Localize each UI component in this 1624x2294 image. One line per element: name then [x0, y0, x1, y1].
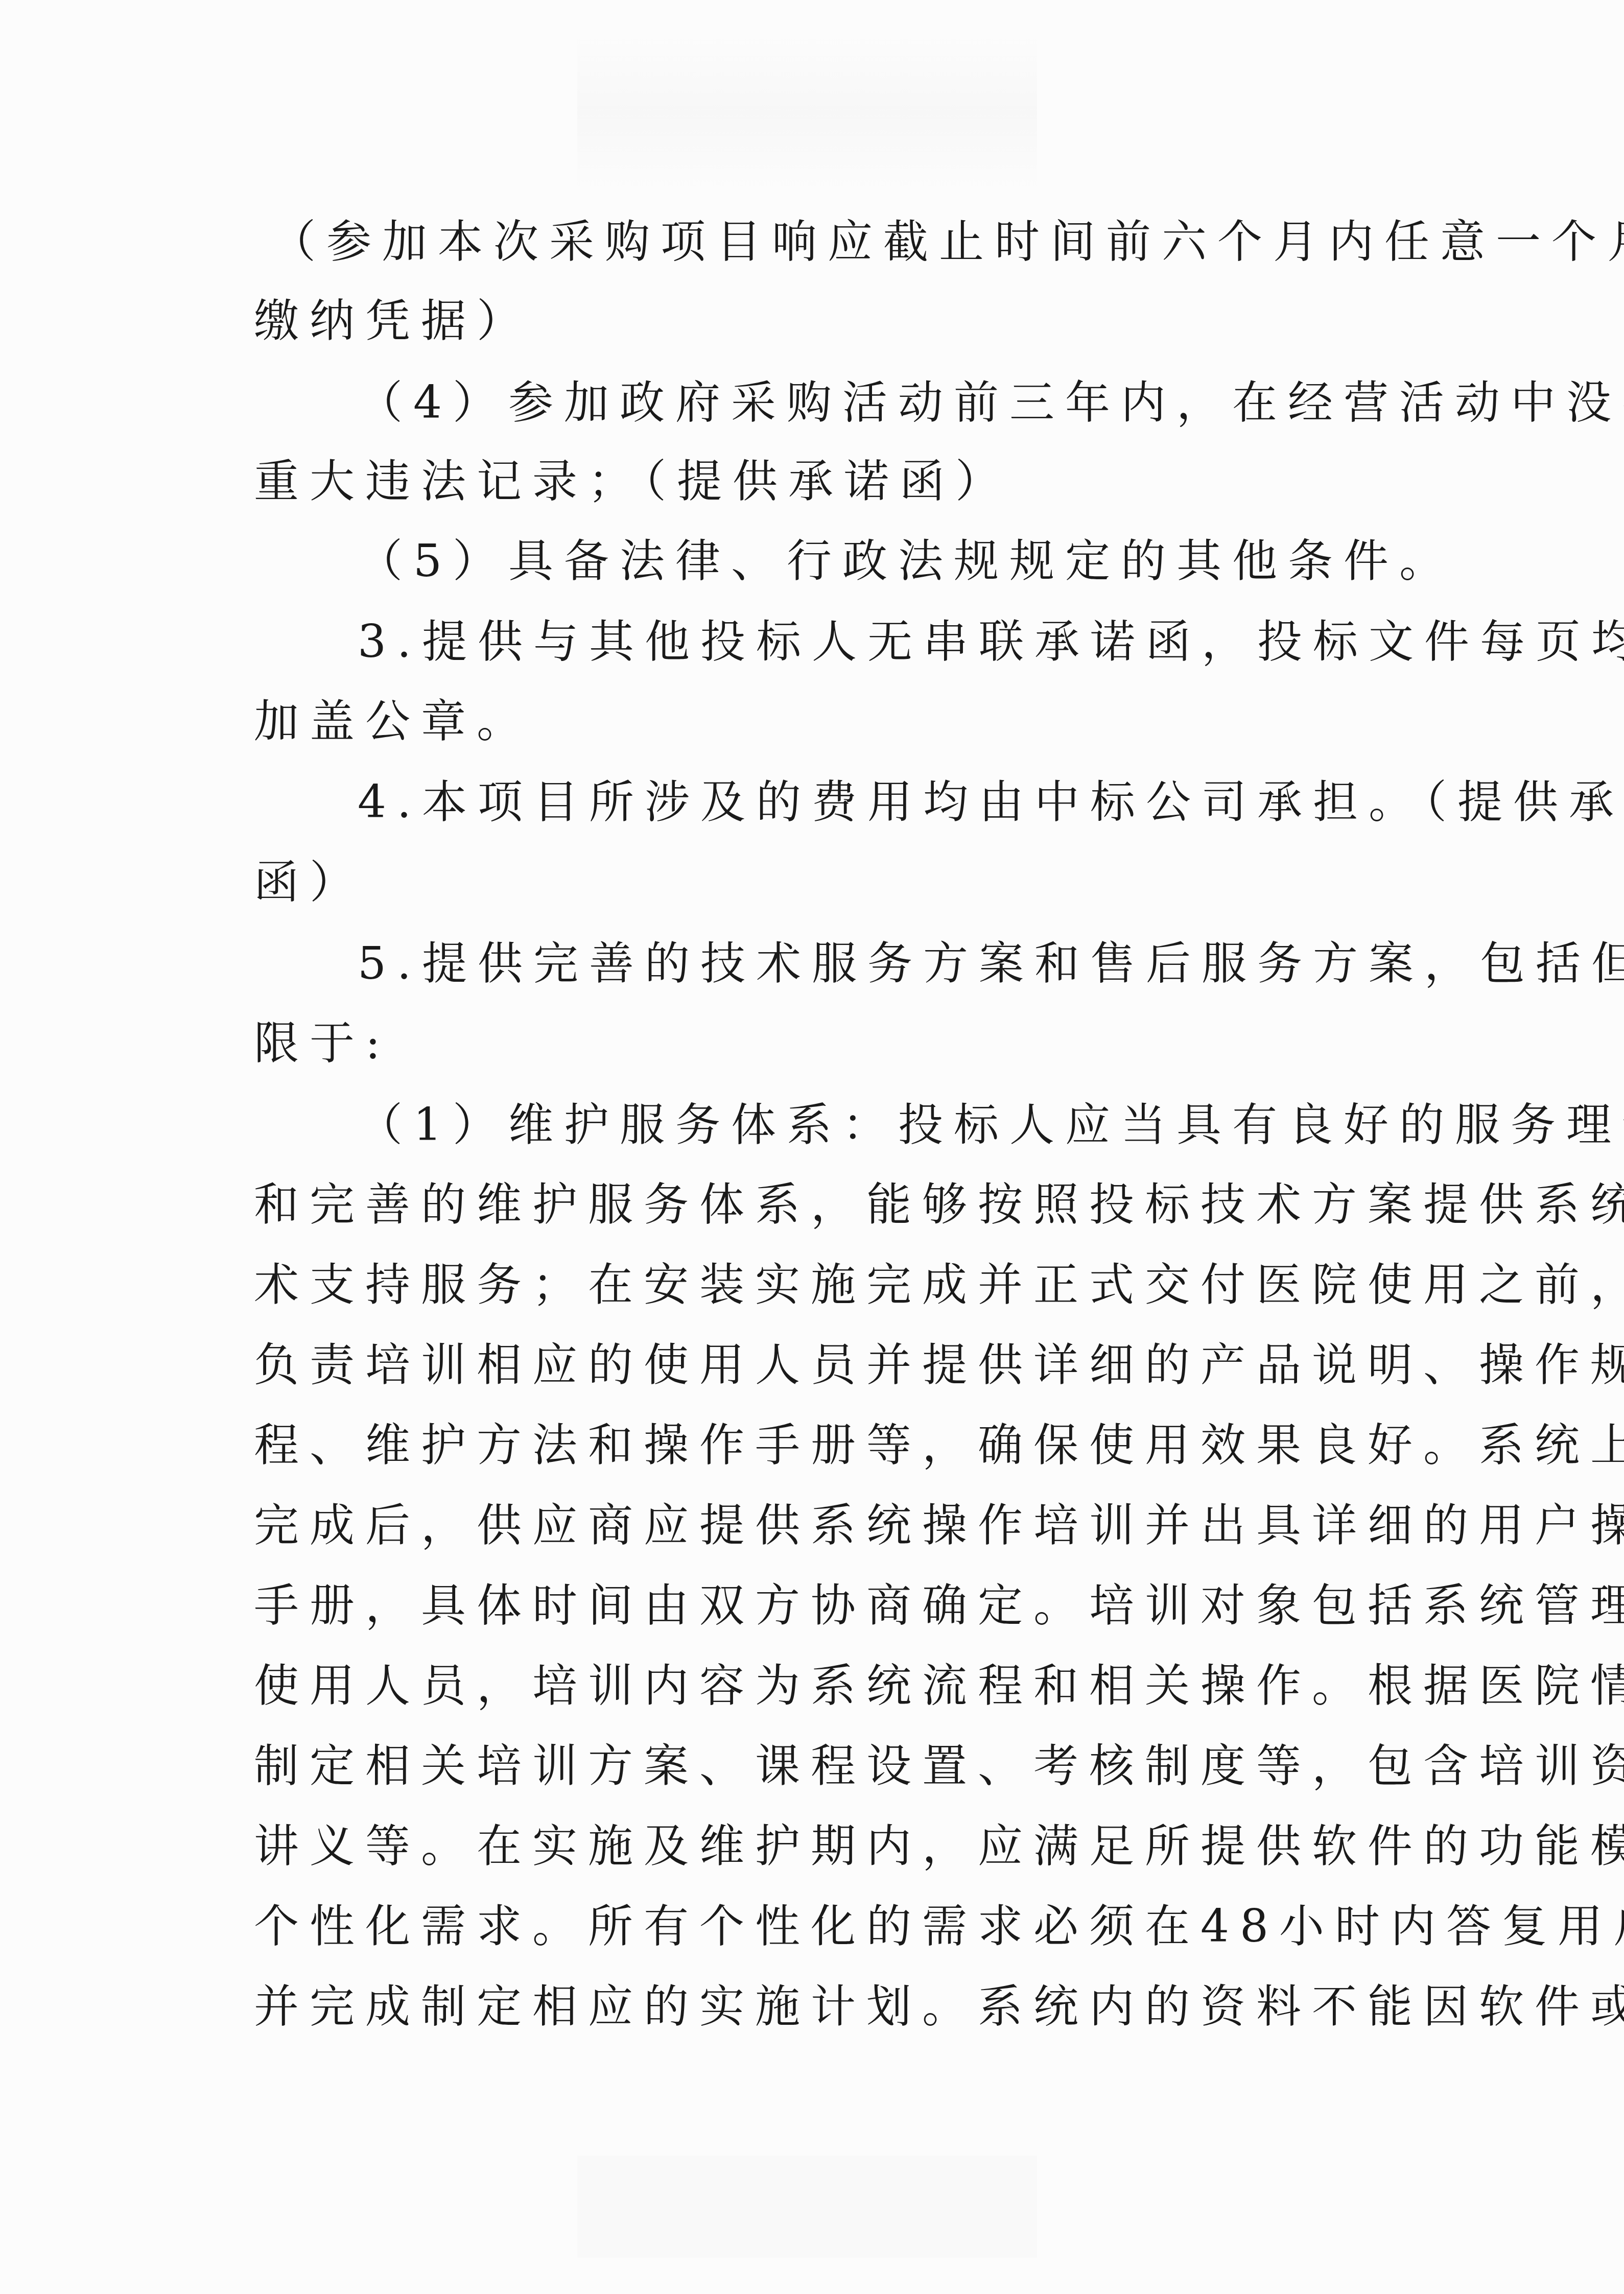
paragraph-line: 负责培训相应的使用人员并提供详细的产品说明、操作规	[254, 1334, 1383, 1396]
paragraph-line: 缴纳凭据）	[254, 290, 1383, 351]
paragraph-line: 函）	[254, 852, 1383, 913]
paragraph-line: 术支持服务；在安装实施完成并正式交付医院使用之前，应	[254, 1254, 1383, 1315]
document-page: （参加本次采购项目响应截止时间前六个月内任意一个月 缴纳凭据） （4）参加政府采…	[0, 0, 1624, 2294]
paragraph-line: 讲义等。在实施及维护期内，应满足所提供软件的功能模块	[254, 1815, 1383, 1877]
paragraph-line: 加盖公章。	[254, 691, 1383, 752]
paragraph-line: 程、维护方法和操作手册等，确保使用效果良好。系统上线	[254, 1414, 1383, 1476]
paragraph-line: 并完成制定相应的实施计划。系统内的资料不能因软件或硬	[254, 1976, 1383, 2037]
paragraph-line: 制定相关培训方案、课程设置、考核制度等，包含培训资料、	[254, 1735, 1383, 1796]
paragraph-line: 限于:	[254, 1012, 1383, 1074]
paragraph-line: 个性化需求。所有个性化的需求必须在48小时内答复用户方	[254, 1896, 1383, 1957]
paragraph-line: 手册，具体时间由双方协商确定。培训对象包括系统管理员、	[254, 1575, 1383, 1636]
paragraph-line: （1）维护服务体系：投标人应当具有良好的服务理念	[358, 1094, 1383, 1155]
paragraph-line: （参加本次采购项目响应截止时间前六个月内任意一个月	[271, 211, 1338, 272]
paragraph-line: 3.提供与其他投标人无串联承诺函，投标文件每页均需	[358, 611, 1383, 672]
paragraph-line: 使用人员，培训内容为系统流程和相关操作。根据医院情况	[254, 1655, 1383, 1716]
paragraph-line: 完成后，供应商应提供系统操作培训并出具详细的用户操作	[254, 1495, 1383, 1556]
body-text: （参加本次采购项目响应截止时间前六个月内任意一个月 缴纳凭据） （4）参加政府采…	[0, 0, 1624, 2294]
scan-bleedthrough-footer	[577, 2156, 1037, 2258]
paragraph-line: 5.提供完善的技术服务方案和售后服务方案，包括但不	[358, 933, 1383, 994]
paragraph-line: 重大违法记录；（提供承诺函）	[254, 451, 1383, 512]
paragraph-line: （5）具备法律、行政法规规定的其他条件。	[358, 530, 1383, 592]
paragraph-line: （4）参加政府采购活动前三年内，在经营活动中没有	[358, 372, 1383, 433]
paragraph-line: 和完善的维护服务体系，能够按照投标技术方案提供系统技	[254, 1174, 1383, 1235]
paragraph-line: 4.本项目所涉及的费用均由中标公司承担。（提供承诺	[358, 771, 1383, 833]
